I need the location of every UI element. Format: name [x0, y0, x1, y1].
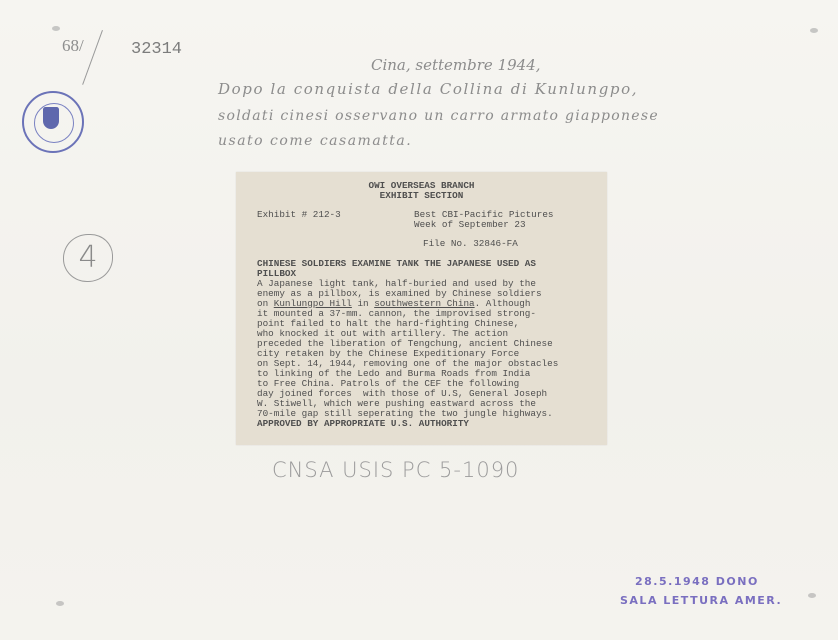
- paper-mark: [56, 601, 64, 606]
- owi-caption-card: OWI OVERSEAS BRANCH EXHIBIT SECTION Exhi…: [236, 172, 607, 445]
- archive-code: CNSA USIS PC 5-1090: [272, 458, 519, 482]
- paper-mark: [808, 593, 816, 598]
- circled-number: 4: [63, 234, 113, 282]
- donation-date-stamp: 28.5.1948 DONO: [635, 575, 759, 588]
- paper-mark: [810, 28, 818, 33]
- caption-line-3: soldati cinesi osservano un carro armato…: [218, 108, 659, 124]
- paper-mark: [52, 26, 60, 31]
- round-archive-stamp: [22, 91, 84, 153]
- typed-ref-number: 32314: [131, 40, 182, 59]
- caption-line-4: usato come casamatta.: [218, 133, 412, 149]
- card-title-line-1: CHINESE SOLDIERS EXAMINE TANK THE JAPANE…: [257, 259, 536, 269]
- card-header-line-2: EXHIBIT SECTION: [236, 191, 607, 201]
- shield-icon: [43, 107, 59, 129]
- pencil-slash: [82, 30, 103, 85]
- caption-line-2: Dopo la conquista della Collina di Kunlu…: [218, 80, 638, 98]
- exhibit-number: Exhibit # 212-3: [257, 210, 341, 220]
- caption-line-1: Cina, settembre 1944,: [371, 56, 541, 74]
- handwritten-ref-number: 68/: [62, 36, 84, 56]
- donation-source-stamp: SALA LETTURA AMER.: [620, 594, 782, 607]
- approval-line: APPROVED BY APPROPRIATE U.S. AUTHORITY: [257, 419, 469, 429]
- week-of: Week of September 23: [414, 220, 526, 230]
- file-number: File No. 32846-FA: [423, 239, 518, 249]
- photo-back-sheet: 68/ 32314 Cina, settembre 1944, Dopo la …: [0, 0, 838, 640]
